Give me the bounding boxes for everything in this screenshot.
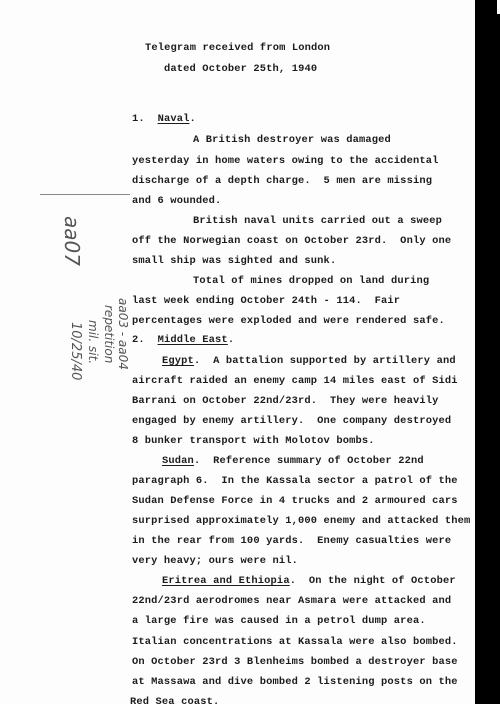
- section-number: 2.: [132, 334, 145, 346]
- paragraph-line: Barrani on October 22nd/23rd. They were …: [132, 395, 439, 407]
- paragraph-line: percentages were exploded and were rende…: [132, 315, 445, 327]
- sudan-first-line: Sudan. Reference summary of October 22nd: [162, 455, 424, 467]
- scan-border: [475, 0, 500, 704]
- paragraph-line: engaged by enemy artillery. One company …: [132, 415, 451, 427]
- handwritten-note: aa03 - aa04: [116, 298, 130, 370]
- paragraph-line: off the Norwegian coast on October 23rd.…: [132, 235, 451, 247]
- paragraph-line: very heavy; ours were nil.: [132, 555, 298, 567]
- section-title: Middle East: [158, 334, 228, 346]
- paragraph-line: Italian concentrations at Kassala were a…: [132, 636, 458, 648]
- section-number: 1.: [132, 113, 145, 125]
- paragraph-line: small ship was sighted and sunk.: [132, 255, 336, 267]
- header-date: dated October 25th, 1940: [164, 63, 317, 75]
- paragraph-line: 8 bunker transport with Molotov bombs.: [132, 435, 375, 447]
- handwritten-note: mil. sit.: [86, 320, 100, 364]
- subheading-sudan: Sudan: [162, 455, 194, 467]
- heading-punct: .: [228, 334, 234, 346]
- handwritten-note: 10/25/40: [68, 322, 83, 380]
- paragraph-line: 22nd/23rd aerodromes near Asmara were at…: [132, 595, 451, 607]
- paragraph-line: paragraph 6. In the Kassala sector a pat…: [132, 475, 458, 487]
- subheading-eritrea: Eritrea and Ethiopia: [162, 575, 290, 587]
- paragraph-line: A British destroyer was damaged: [193, 134, 391, 146]
- paragraph-line: a large fire was caused in a petrol dump…: [132, 615, 426, 627]
- header-title: Telegram received from London: [145, 42, 330, 54]
- document-page: Telegram received from London dated Octo…: [0, 0, 475, 704]
- paragraph-line: Sudan Defense Force in 4 trucks and 2 ar…: [132, 495, 458, 507]
- paragraph-line: surprised approximately 1,000 enemy and …: [132, 515, 470, 527]
- paragraph-line: and 6 wounded.: [132, 195, 221, 207]
- section-title: Naval: [158, 113, 190, 125]
- paragraph-text: . Reference summary of October 22nd: [194, 455, 424, 467]
- paragraph-line: discharge of a depth charge. 5 men are m…: [132, 175, 432, 187]
- paragraph-line: On October 23rd 3 Blenheims bombed a des…: [132, 656, 458, 668]
- section-middle-east-heading: 2. Middle East.: [132, 334, 234, 346]
- paragraph-line: last week ending October 24th - 114. Fai…: [132, 295, 400, 307]
- egypt-first-line: Egypt. A battalion supported by artiller…: [162, 355, 456, 367]
- eritrea-first-line: Eritrea and Ethiopia. On the night of Oc…: [162, 575, 456, 587]
- paragraph-line: aircraft raided an enemy camp 14 miles e…: [132, 375, 458, 387]
- margin-rule: [40, 194, 130, 195]
- paragraph-line: Total of mines dropped on land during: [193, 275, 429, 287]
- paragraph-text: . A battalion supported by artillery and: [194, 355, 456, 367]
- paragraph-line: in the rear from 100 yards. Enemy casual…: [132, 535, 451, 547]
- section-naval-heading: 1. Naval.: [132, 113, 196, 125]
- paragraph-text: . On the night of October: [290, 575, 456, 587]
- handwritten-note: aa07: [60, 216, 84, 266]
- heading-punct: .: [190, 113, 196, 125]
- paragraph-line: British naval units carried out a sweep: [193, 215, 442, 227]
- subheading-egypt: Egypt: [162, 355, 194, 367]
- paragraph-line: yesterday in home waters owing to the ac…: [132, 155, 439, 167]
- paragraph-line: Red Sea coast.: [130, 696, 219, 704]
- paragraph-line: at Massawa and dive bombed 2 listening p…: [132, 676, 458, 688]
- handwritten-note: repetition: [102, 305, 116, 363]
